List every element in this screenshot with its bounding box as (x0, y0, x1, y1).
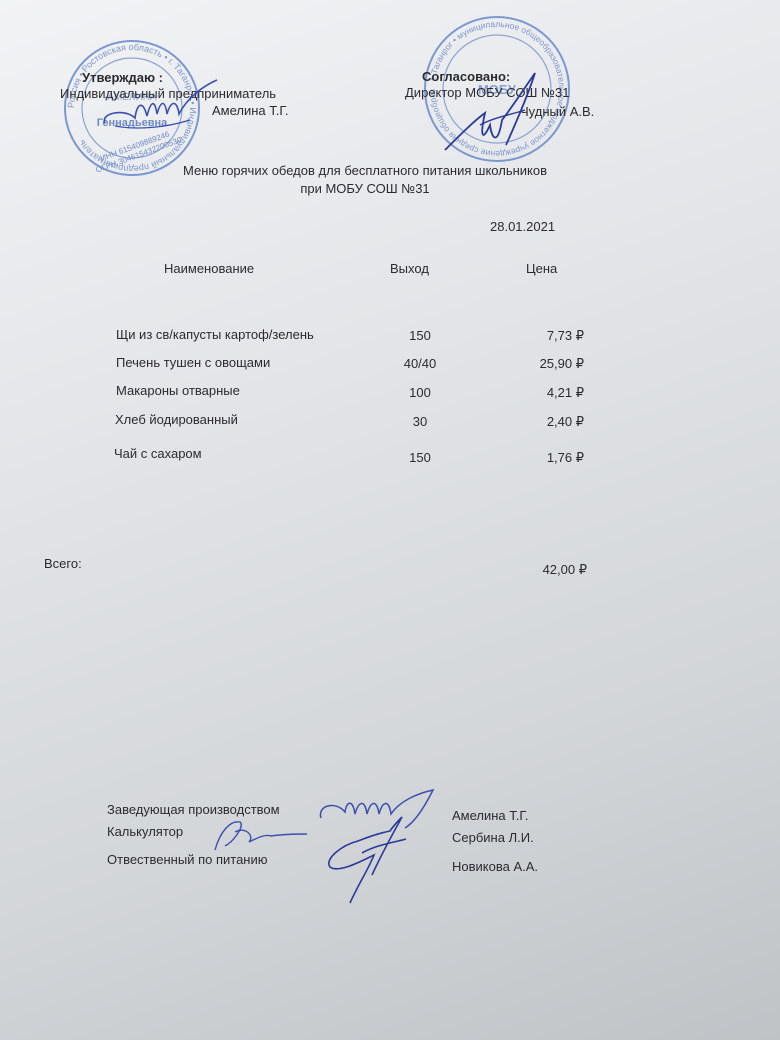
total-label: Всего: (44, 556, 82, 571)
agreement-label: Согласовано: (422, 69, 510, 84)
dish-name: Чай с сахаром (114, 446, 202, 461)
signature-role-nutrition: Отвественный по питанию (107, 852, 268, 867)
dish-yield: 40/40 (380, 356, 460, 371)
signature-name-production-head: Амелина Т.Г. (452, 808, 528, 823)
approval-position: Индивидуальный предприниматель (60, 86, 276, 101)
dish-price: 2,40 ₽ (480, 414, 584, 430)
approval-label: Утверждаю : (82, 70, 163, 85)
dish-price: 4,21 ₽ (480, 385, 584, 401)
production-head-signature (315, 788, 445, 838)
menu-date: 28.01.2021 (490, 219, 555, 234)
stamp-left-center-bottom: Геннадьевна (97, 117, 168, 129)
agreement-name: Чудный А.В. (520, 104, 594, 119)
document-title-line2: при МОБУ СОШ №31 (0, 181, 730, 196)
total-value: 42,00 ₽ (480, 562, 587, 578)
dish-yield: 150 (380, 328, 460, 343)
signature-name-calculator: Сербина Л.И. (452, 830, 534, 845)
signature-role-production-head: Заведующая производством (107, 802, 280, 817)
agreement-position: Директор МОБУ СОШ №31 (405, 85, 569, 100)
dish-price: 1,76 ₽ (480, 450, 584, 466)
dish-yield: 100 (380, 385, 460, 400)
nutrition-signature (318, 815, 418, 905)
column-header-name: Наименование (164, 261, 254, 276)
column-header-yield: Выход (390, 261, 429, 276)
signature-name-nutrition: Новикова А.А. (452, 859, 538, 874)
dish-name: Хлеб йодированный (115, 412, 238, 427)
column-header-price: Цена (526, 261, 557, 276)
dish-price: 7,73 ₽ (480, 328, 584, 344)
calculator-signature (205, 812, 310, 857)
dish-yield: 30 (380, 414, 460, 429)
dish-price: 25,90 ₽ (480, 356, 584, 372)
ip-round-stamp: Россия • Ростовская область • г. Таганро… (62, 38, 202, 178)
signature-role-calculator: Калькулятор (107, 824, 183, 839)
dish-name: Печень тушен с овощами (116, 355, 270, 370)
approval-name: Амелина Т.Г. (212, 103, 288, 118)
dish-yield: 150 (380, 450, 460, 465)
dish-name: Макароны отварные (116, 383, 240, 398)
dish-name: Щи из св/капусты картоф/зелень (116, 327, 314, 342)
document-title-line1: Меню горячих обедов для бесплатного пита… (0, 163, 730, 178)
